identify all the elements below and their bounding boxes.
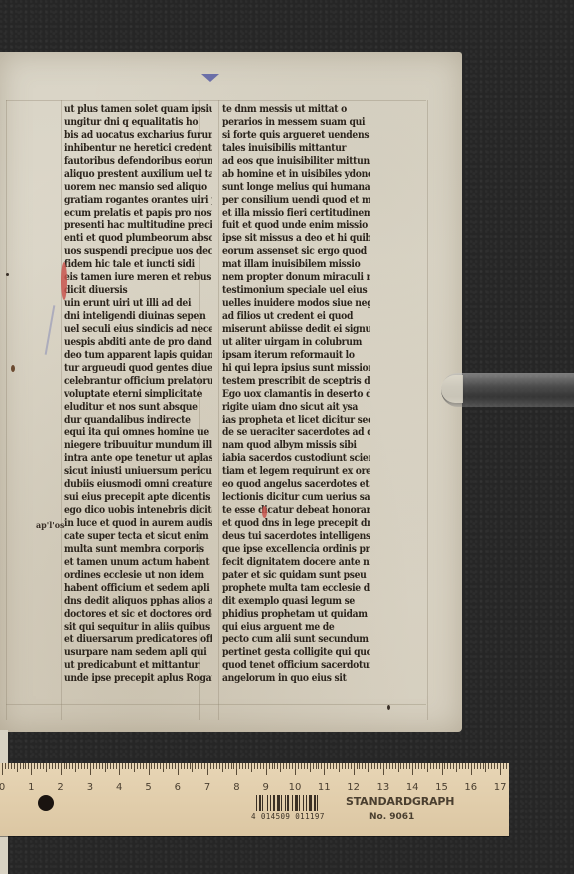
ruler-tick: [424, 763, 425, 769]
ruler-tick: [8, 763, 9, 769]
manuscript-line: angelorum in quo eius sit: [222, 672, 370, 686]
ruler-tick: [444, 763, 445, 769]
ruler-tick: [442, 763, 443, 775]
ruler-tick: [84, 763, 85, 769]
rubric-initial: [61, 262, 67, 300]
ruler-tick: [412, 763, 413, 775]
ruler-tick: [64, 763, 65, 769]
ruler-tick: [172, 763, 173, 769]
ruler-tick: [260, 763, 261, 769]
ruler-tick: [122, 763, 123, 769]
ruler-tick: [46, 763, 47, 772]
ruler-tick: [187, 763, 188, 769]
ruler-tick: [380, 763, 381, 769]
ruler-label: 14: [406, 782, 419, 793]
ruler-tick: [99, 763, 100, 769]
ruler-label: 17: [494, 782, 507, 793]
ink-speck: [11, 365, 15, 372]
ruler-tick: [418, 763, 419, 769]
ruler-label: 6: [175, 782, 181, 793]
ruling-line: [218, 100, 219, 720]
ruler-tick: [295, 763, 296, 775]
ruler-tick: [383, 763, 384, 775]
ruler-label: 3: [87, 782, 93, 793]
ruler-tick: [55, 763, 56, 769]
ruler-tick: [143, 763, 144, 769]
ruler-tick: [219, 763, 220, 769]
ruler-tick: [415, 763, 416, 769]
ruler-tick: [310, 763, 311, 772]
ruler-tick: [69, 763, 70, 769]
ruler-tick: [330, 763, 331, 769]
ruler-tick: [178, 763, 179, 775]
ruler-tick: [81, 763, 82, 769]
rubric-initial: [262, 506, 267, 518]
ruling-line: [6, 704, 426, 705]
ruler-tick: [266, 763, 267, 775]
margin-annotation: ap'l'os: [36, 520, 65, 530]
ruler-tick: [107, 763, 108, 769]
ruler-tick: [149, 763, 150, 775]
ruler-label: 10: [289, 782, 302, 793]
ruler-tick: [371, 763, 372, 769]
ruler-tick: [245, 763, 246, 769]
barcode-number: 4 014509 011197: [251, 812, 325, 821]
ruler-tick: [251, 763, 252, 772]
ruler-tick: [28, 763, 29, 769]
ruler-tick: [254, 763, 255, 769]
ruler-tick: [58, 763, 59, 769]
ruler-tick: [225, 763, 226, 769]
ruler-tick: [362, 763, 363, 769]
ink-speck: [387, 705, 390, 710]
ruler-tick: [386, 763, 387, 769]
ruler-tick: [351, 763, 352, 769]
ruler-tick: [483, 763, 484, 769]
ruler-tick: [491, 763, 492, 769]
ruler-tick: [263, 763, 264, 769]
ruler-tick: [503, 763, 504, 769]
ruler-tick: [233, 763, 234, 769]
ruler-tick: [93, 763, 94, 769]
ruler-label: 12: [347, 782, 360, 793]
ruler-tick: [23, 763, 24, 769]
ruler-tick: [280, 763, 281, 772]
ruler-tick: [37, 763, 38, 769]
ruler-tick: [468, 763, 469, 769]
ruling-line: [6, 100, 426, 101]
ruler-tick: [318, 763, 319, 769]
ruler-tick: [137, 763, 138, 769]
ruler-tick: [43, 763, 44, 769]
ruler-tick: [198, 763, 199, 769]
ruler-tick: [465, 763, 466, 769]
ruler-tick: [447, 763, 448, 769]
ruler-tick: [409, 763, 410, 769]
ruler-label: 5: [145, 782, 151, 793]
text-column-right: te dnm messis ut mittat operarios in mes…: [222, 104, 370, 686]
ruler-tick: [453, 763, 454, 769]
ruler-tick: [494, 763, 495, 769]
ruler-tick: [201, 763, 202, 769]
ruler-tick: [192, 763, 193, 772]
barcode: [256, 795, 332, 811]
ruler-tick: [462, 763, 463, 769]
ruler-tick: [134, 763, 135, 772]
ruler-tick: [257, 763, 258, 769]
ruler-tick: [398, 763, 399, 772]
page-pointer-tip: [441, 375, 463, 403]
ruler-tick: [128, 763, 129, 769]
ruler-tick: [292, 763, 293, 769]
manuscript-line: unde ipse precepit aplus Rogat: [64, 672, 212, 686]
ruler-tick: [427, 763, 428, 772]
ruler-tick: [157, 763, 158, 769]
ruler-tick: [403, 763, 404, 769]
ruler-tick: [339, 763, 340, 772]
ruler-tick: [228, 763, 229, 769]
ruler-tick: [357, 763, 358, 769]
ruler-tick: [25, 763, 26, 769]
ruler-tick: [374, 763, 375, 769]
ruler-tick: [342, 763, 343, 769]
ruler-label: 8: [233, 782, 239, 793]
ink-speck: [6, 273, 9, 276]
ruler-tick: [204, 763, 205, 769]
ruler-tick: [389, 763, 390, 769]
ruler-tick: [307, 763, 308, 769]
ruler-tick: [336, 763, 337, 769]
ruler-label: 9: [263, 782, 269, 793]
ruler-tick: [90, 763, 91, 775]
ruler-tick: [151, 763, 152, 769]
ruler-tick: [477, 763, 478, 769]
ruler-tick: [102, 763, 103, 769]
ruler-tick: [272, 763, 273, 769]
ruler-tick: [354, 763, 355, 775]
ruler-ticks: 01234567891011121314151617: [0, 763, 509, 785]
ruler-tick: [316, 763, 317, 769]
ruler-label: 15: [435, 782, 448, 793]
ruler-tick: [166, 763, 167, 769]
ruler-tick: [210, 763, 211, 769]
ruler-tick: [216, 763, 217, 769]
ruler-hang-hole: [38, 795, 54, 811]
ruling-line: [61, 100, 62, 720]
ruler-tick: [327, 763, 328, 769]
ruler-tick: [497, 763, 498, 769]
ruler-tick: [52, 763, 53, 769]
ruler-label: 16: [464, 782, 477, 793]
ruler-tick: [474, 763, 475, 769]
ruler-tick: [17, 763, 18, 772]
ruler-tick: [368, 763, 369, 772]
ruler-label: 0: [0, 782, 5, 793]
ruler-tick: [113, 763, 114, 769]
ruler-tick: [400, 763, 401, 769]
ruler-tick: [313, 763, 314, 769]
ruler-tick: [301, 763, 302, 769]
ruler-tick: [277, 763, 278, 769]
ruler-tick: [131, 763, 132, 769]
ruler-tick: [506, 763, 507, 769]
ruler-tick: [321, 763, 322, 769]
ruler-tick: [471, 763, 472, 775]
ruler-tick: [377, 763, 378, 769]
ruler-tick: [439, 763, 440, 769]
ruler-tick: [436, 763, 437, 769]
ruler-tick: [31, 763, 32, 775]
ruler-label: 13: [377, 782, 390, 793]
ruler-label: 2: [57, 782, 63, 793]
ruler-tick: [87, 763, 88, 769]
ruler-tick: [75, 763, 76, 772]
ruler-tick: [72, 763, 73, 769]
ruler-tick: [96, 763, 97, 769]
ruler-tick: [456, 763, 457, 772]
ruler-model: No. 9061: [369, 812, 414, 822]
ruler-tick: [231, 763, 232, 769]
ruler-tick: [348, 763, 349, 769]
ruler-tick: [500, 763, 501, 775]
ruler-tick: [40, 763, 41, 769]
ruler-tick: [333, 763, 334, 769]
ruler-tick: [116, 763, 117, 769]
ruler-tick: [459, 763, 460, 769]
ruler-tick: [195, 763, 196, 769]
ruler-brand: STANDARDGRAPH: [346, 795, 454, 808]
ruler-tick: [222, 763, 223, 772]
ruler-tick: [2, 763, 3, 775]
ruler-tick: [304, 763, 305, 769]
ruler-tick: [105, 763, 106, 772]
ruler-tick: [485, 763, 486, 772]
ruler-tick: [286, 763, 287, 769]
ruler-tick: [14, 763, 15, 769]
ruler-tick: [236, 763, 237, 775]
ruler-tick: [140, 763, 141, 769]
ruler-tick: [289, 763, 290, 769]
ruler-tick: [480, 763, 481, 769]
ruling-line: [6, 100, 7, 720]
ruler-tick: [49, 763, 50, 769]
ruler-tick: [324, 763, 325, 775]
ruler-tick: [11, 763, 12, 769]
ruler-tick: [406, 763, 407, 769]
ruler-tick: [213, 763, 214, 769]
ruler-tick: [283, 763, 284, 769]
ruler-tick: [365, 763, 366, 769]
ruler-tick: [61, 763, 62, 775]
ruler-tick: [359, 763, 360, 769]
ruler-label: 4: [116, 782, 122, 793]
ruler-tick: [20, 763, 21, 769]
ruler-tick: [163, 763, 164, 772]
ruler-tick: [433, 763, 434, 769]
ruler-tick: [34, 763, 35, 769]
ruler-tick: [78, 763, 79, 769]
ruler-tick: [146, 763, 147, 769]
ruler-tick: [119, 763, 120, 775]
ruler-tick: [207, 763, 208, 775]
ruler-tick: [169, 763, 170, 769]
ruler-tick: [110, 763, 111, 769]
ruler-tick: [125, 763, 126, 769]
ruler-tick: [181, 763, 182, 769]
catchmark-icon: [201, 74, 219, 82]
ruler-tick: [242, 763, 243, 769]
ruler-tick: [175, 763, 176, 769]
ruler-tick: [239, 763, 240, 769]
ruler-tick: [421, 763, 422, 769]
ruler-tick: [298, 763, 299, 769]
ruler-tick: [430, 763, 431, 769]
ruler-tick: [154, 763, 155, 769]
ruling-line: [427, 100, 428, 720]
ruler-tick: [345, 763, 346, 769]
ruler-label: 11: [318, 782, 331, 793]
ruler-tick: [248, 763, 249, 769]
ruler-tick: [274, 763, 275, 769]
text-column-left: ut plus tamen solet quam ipsius inungitu…: [64, 104, 212, 686]
ruler-tick: [392, 763, 393, 769]
ruler-label: 1: [28, 782, 34, 793]
ruler-tick: [5, 763, 6, 769]
ruler-tick: [488, 763, 489, 769]
ruler-tick: [450, 763, 451, 769]
ruler-tick: [190, 763, 191, 769]
ruler-tick: [184, 763, 185, 769]
ruler-tick: [269, 763, 270, 769]
ruler-tick: [160, 763, 161, 769]
ruler-label: 7: [204, 782, 210, 793]
ruler-tick: [66, 763, 67, 769]
ruler-tick: [395, 763, 396, 769]
